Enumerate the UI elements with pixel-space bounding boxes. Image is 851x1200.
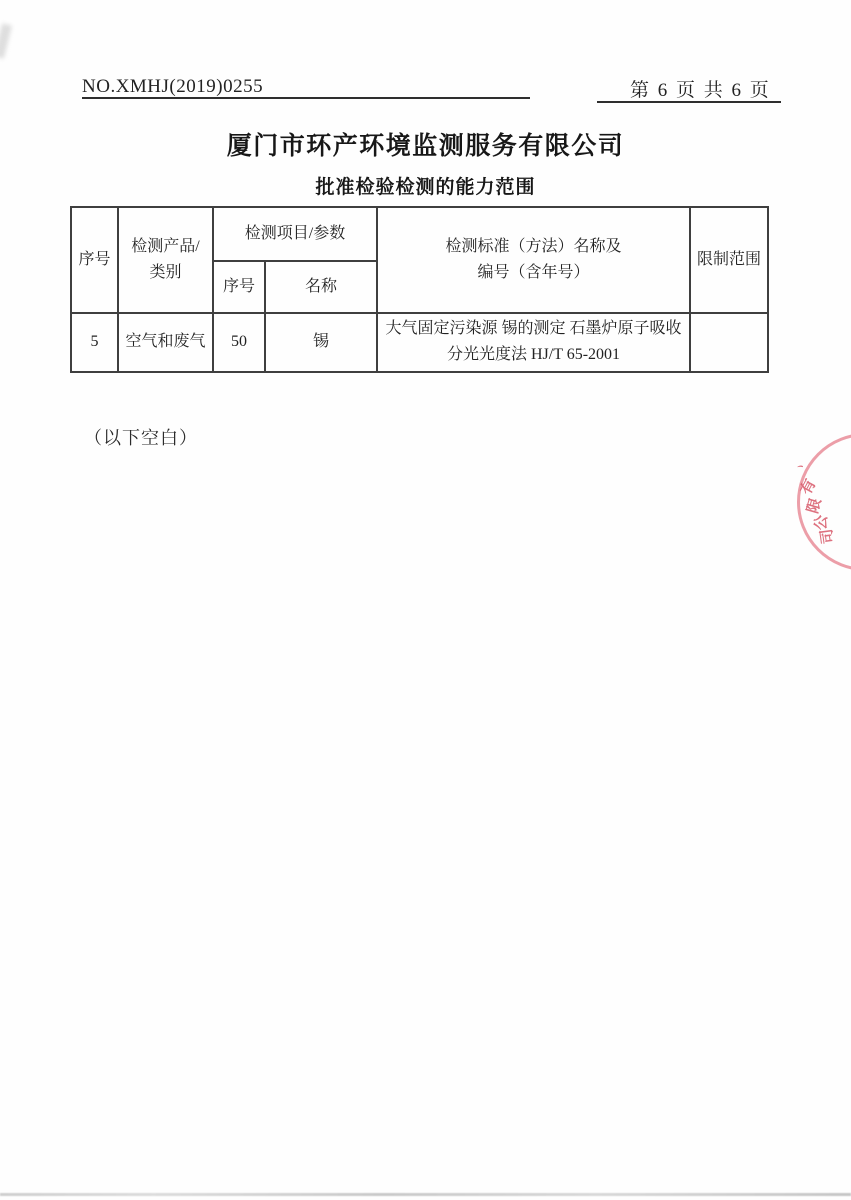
document-number: NO.XMHJ(2019)0255 bbox=[82, 76, 263, 98]
header-product-category: 检测产品/ 类别 bbox=[118, 207, 213, 313]
header-limit-scope: 限制范围 bbox=[690, 207, 768, 313]
cell-standard: 大气固定污染源 锡的测定 石墨炉原子吸收 分光光度法 HJ/T 65-2001 bbox=[377, 313, 690, 372]
header-item-param-group: 检测项目/参数 bbox=[213, 207, 377, 261]
header-item-name: 名称 bbox=[265, 261, 377, 313]
page-indicator: 第 6 页 共 6 页 bbox=[630, 75, 771, 102]
scanned-document-page: NO.XMHJ(2019)0255 第 6 页 共 6 页 厦门市环产环境监测服… bbox=[0, 0, 851, 1200]
cell-seq: 5 bbox=[71, 313, 118, 372]
table-row: 5 空气和废气 50 锡 大气固定污染源 锡的测定 石墨炉原子吸收 分光光度法 … bbox=[71, 313, 768, 372]
table-header-row-1: 序号 检测产品/ 类别 检测项目/参数 检测标准（方法）名称及 编号（含年号） … bbox=[71, 207, 768, 261]
blank-below-note: （以下空白） bbox=[84, 424, 198, 450]
header-rule-right bbox=[597, 101, 781, 103]
capability-scope-table: 序号 检测产品/ 类别 检测项目/参数 检测标准（方法）名称及 编号（含年号） … bbox=[70, 206, 769, 373]
cell-item-name: 锡 bbox=[265, 313, 377, 372]
cell-limit-scope bbox=[690, 313, 768, 372]
cell-product-category: 空气和废气 bbox=[118, 313, 213, 372]
header-seq: 序号 bbox=[71, 207, 118, 313]
header-item-seq: 序号 bbox=[213, 261, 265, 313]
scan-smudge bbox=[0, 23, 12, 58]
scan-page-edge bbox=[0, 1193, 851, 1196]
section-title: 批准检验检测的能力范围 bbox=[0, 172, 851, 199]
company-title: 厦门市环产环境监测服务有限公司 bbox=[0, 126, 851, 162]
red-seal-char: 司 bbox=[815, 528, 838, 546]
header-rule-left bbox=[82, 97, 530, 99]
header-standard: 检测标准（方法）名称及 编号（含年号） bbox=[377, 207, 690, 313]
cell-item-seq: 50 bbox=[213, 313, 265, 372]
